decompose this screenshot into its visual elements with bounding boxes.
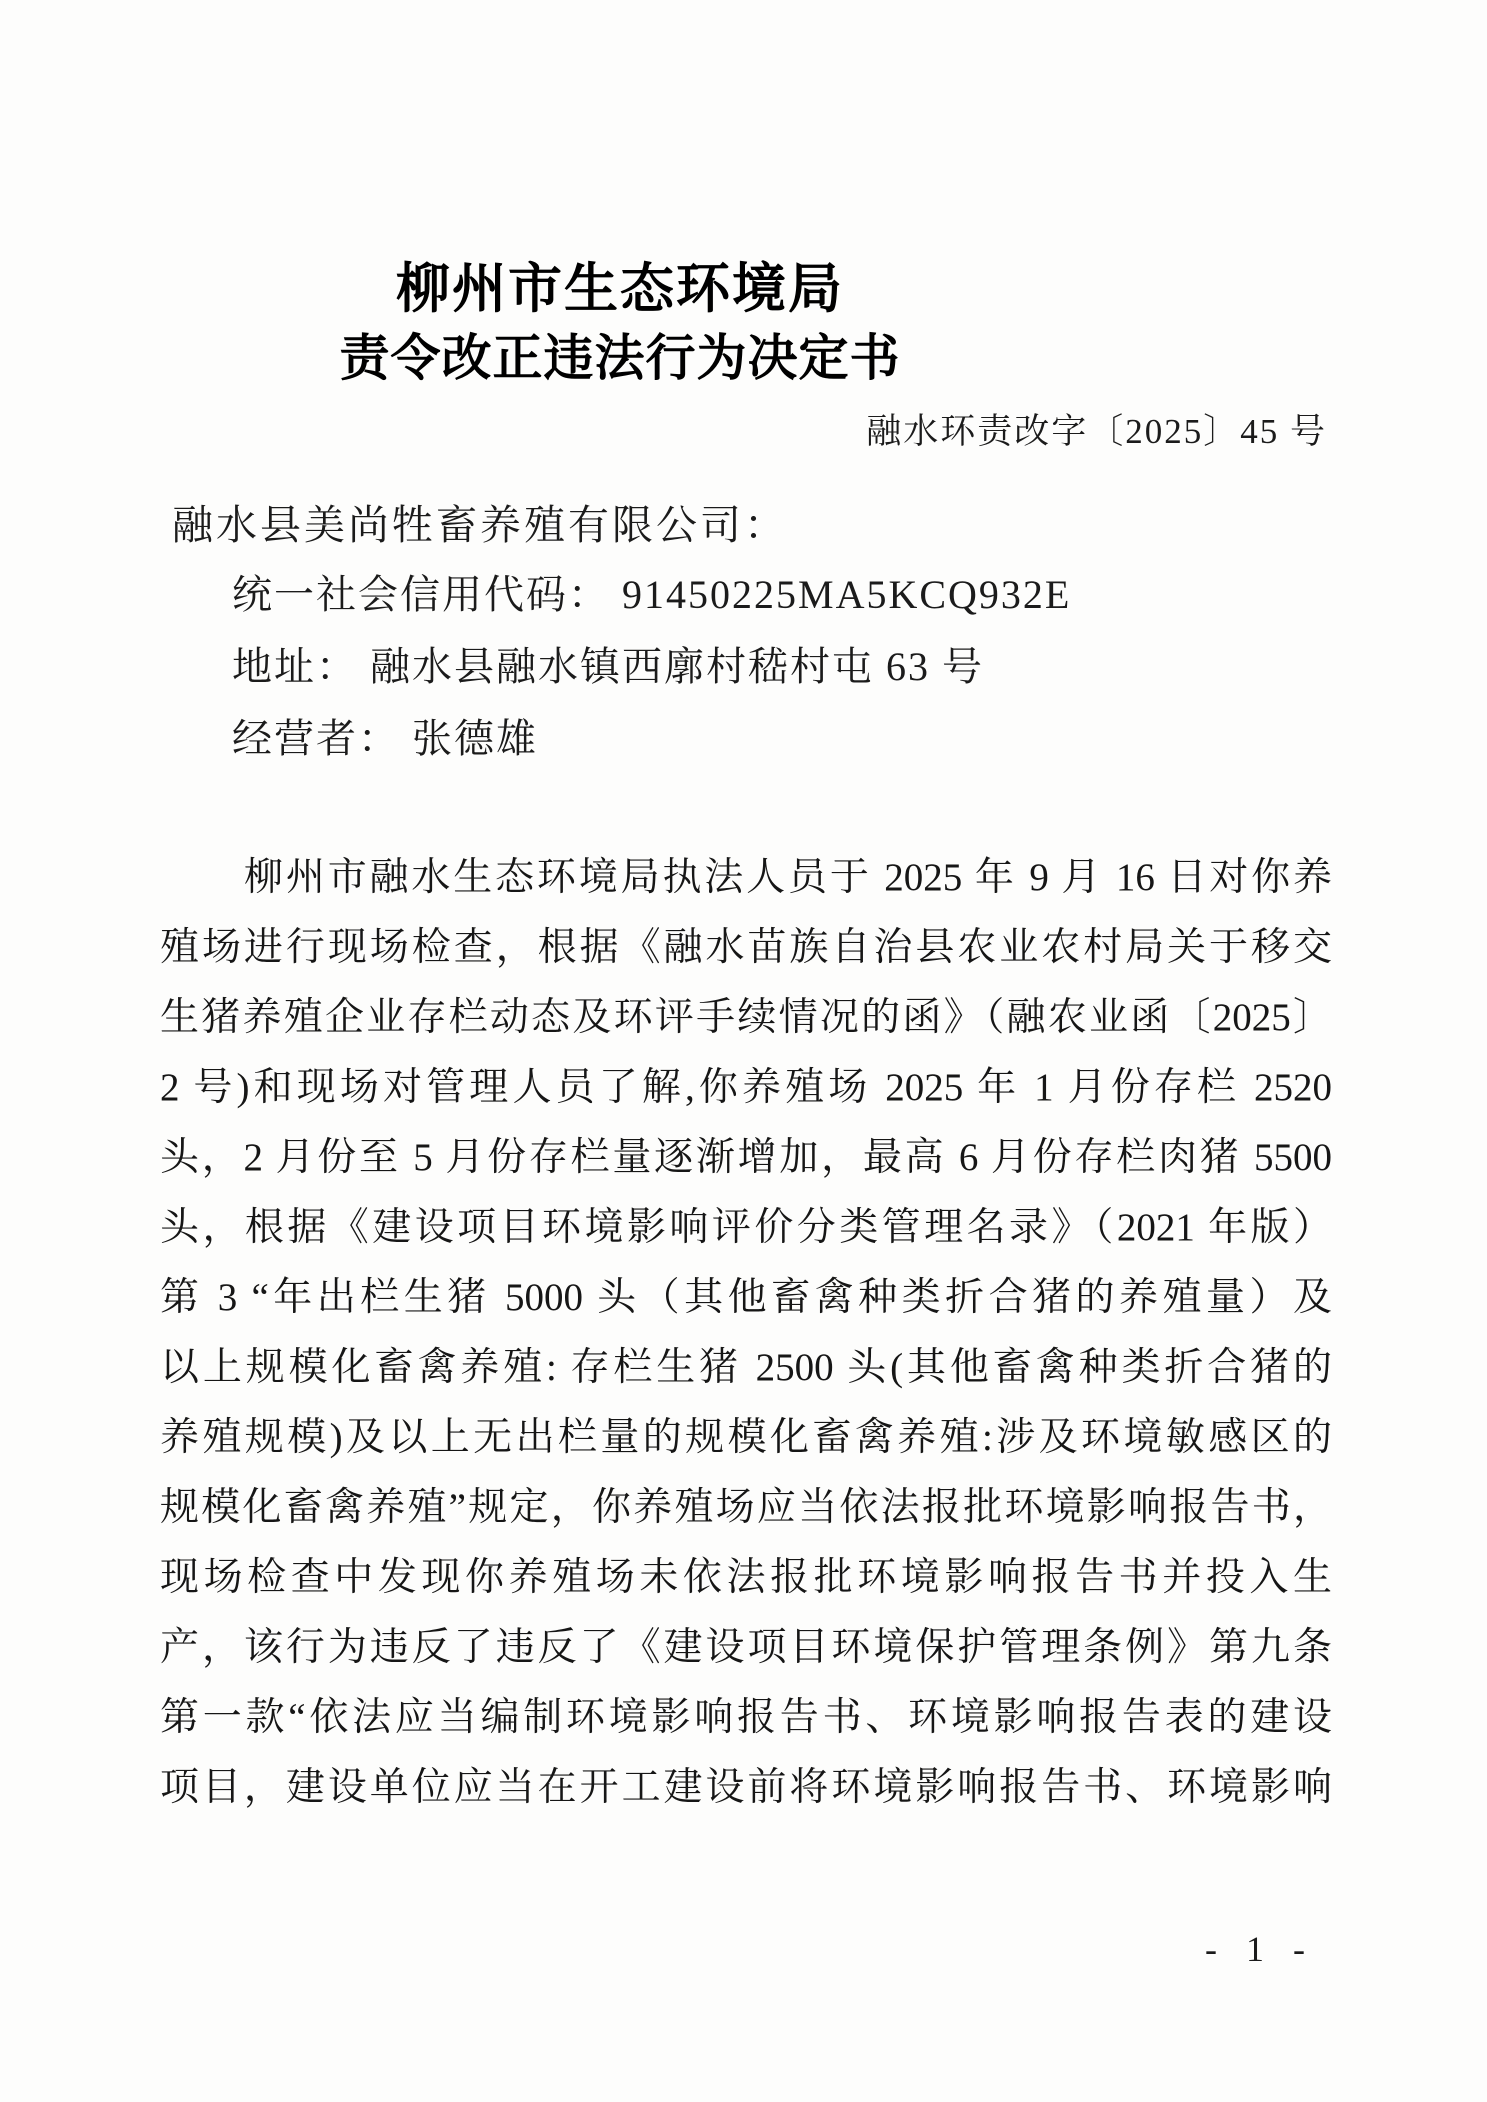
body-line: 第一款“依法应当编制环境影响报告书、环境影响报告表的建设 [160, 1683, 1332, 1753]
operator-line: 经营者： 张德雄 [232, 707, 538, 764]
page-number: - 1 - [1205, 1928, 1315, 1970]
address-line: 地址： 融水县融水镇西廓村嵇村屯 63 号 [232, 635, 984, 692]
body-line: 2 号)和现场对管理人员了解,你养殖场 2025 年 1 月份存栏 2520 [160, 1053, 1332, 1123]
body-line: 第 3 “年出栏生猪 5000 头（其他畜禽种类折合猪的养殖量）及 [160, 1263, 1332, 1333]
body-line: 现场检查中发现你养殖场未依法报批环境影响报告书并投入生 [160, 1543, 1332, 1613]
document-title-line1: 柳州市生态环境局 [50, 246, 1190, 323]
body-line: 产，该行为违反了违反了《建设项目环境保护管理条例》第九条 [160, 1613, 1332, 1683]
body-line: 殖场进行现场检查，根据《融水苗族自治县农业农村局关于移交 [160, 913, 1332, 983]
body-line: 头，2 月份至 5 月份存栏量逐渐增加，最高 6 月份存栏肉猪 5500 [160, 1123, 1332, 1193]
body-line: 生猪养殖企业存栏动态及环评手续情况的函》（融农业函〔2025〕 [160, 983, 1332, 1053]
document-title-line2: 责令改正违法行为决定书 [50, 318, 1190, 390]
addressee-company-name: 融水县美尚牲畜养殖有限公司： [172, 492, 788, 551]
credit-code-line: 统一社会信用代码： 91450225MA5KCQ932E [232, 563, 1071, 620]
body-line: 项目，建设单位应当在开工建设前将环境影响报告书、环境影响 [160, 1753, 1332, 1823]
body-paragraph: 柳州市融水生态环境局执法人员于 2025 年 9 月 16 日对你养 殖场进行现… [160, 843, 1332, 1823]
body-line: 规模化畜禽养殖”规定，你养殖场应当依法报批环境影响报告书， [160, 1473, 1332, 1543]
body-line: 养殖规模)及以上无出栏量的规模化畜禽养殖:涉及环境敏感区的 [160, 1403, 1332, 1473]
body-line: 头，根据《建设项目环境影响评价分类管理名录》（2021 年版） [160, 1193, 1332, 1263]
document-reference-number: 融水环责改字〔2025〕45 号 [0, 404, 1327, 454]
body-line: 柳州市融水生态环境局执法人员于 2025 年 9 月 16 日对你养 [160, 843, 1332, 913]
document-page: 柳州市生态环境局 责令改正违法行为决定书 融水环责改字〔2025〕45 号 融水… [0, 0, 1487, 2102]
body-line: 以上规模化畜禽养殖: 存栏生猪 2500 头(其他畜禽种类折合猪的 [160, 1333, 1332, 1403]
